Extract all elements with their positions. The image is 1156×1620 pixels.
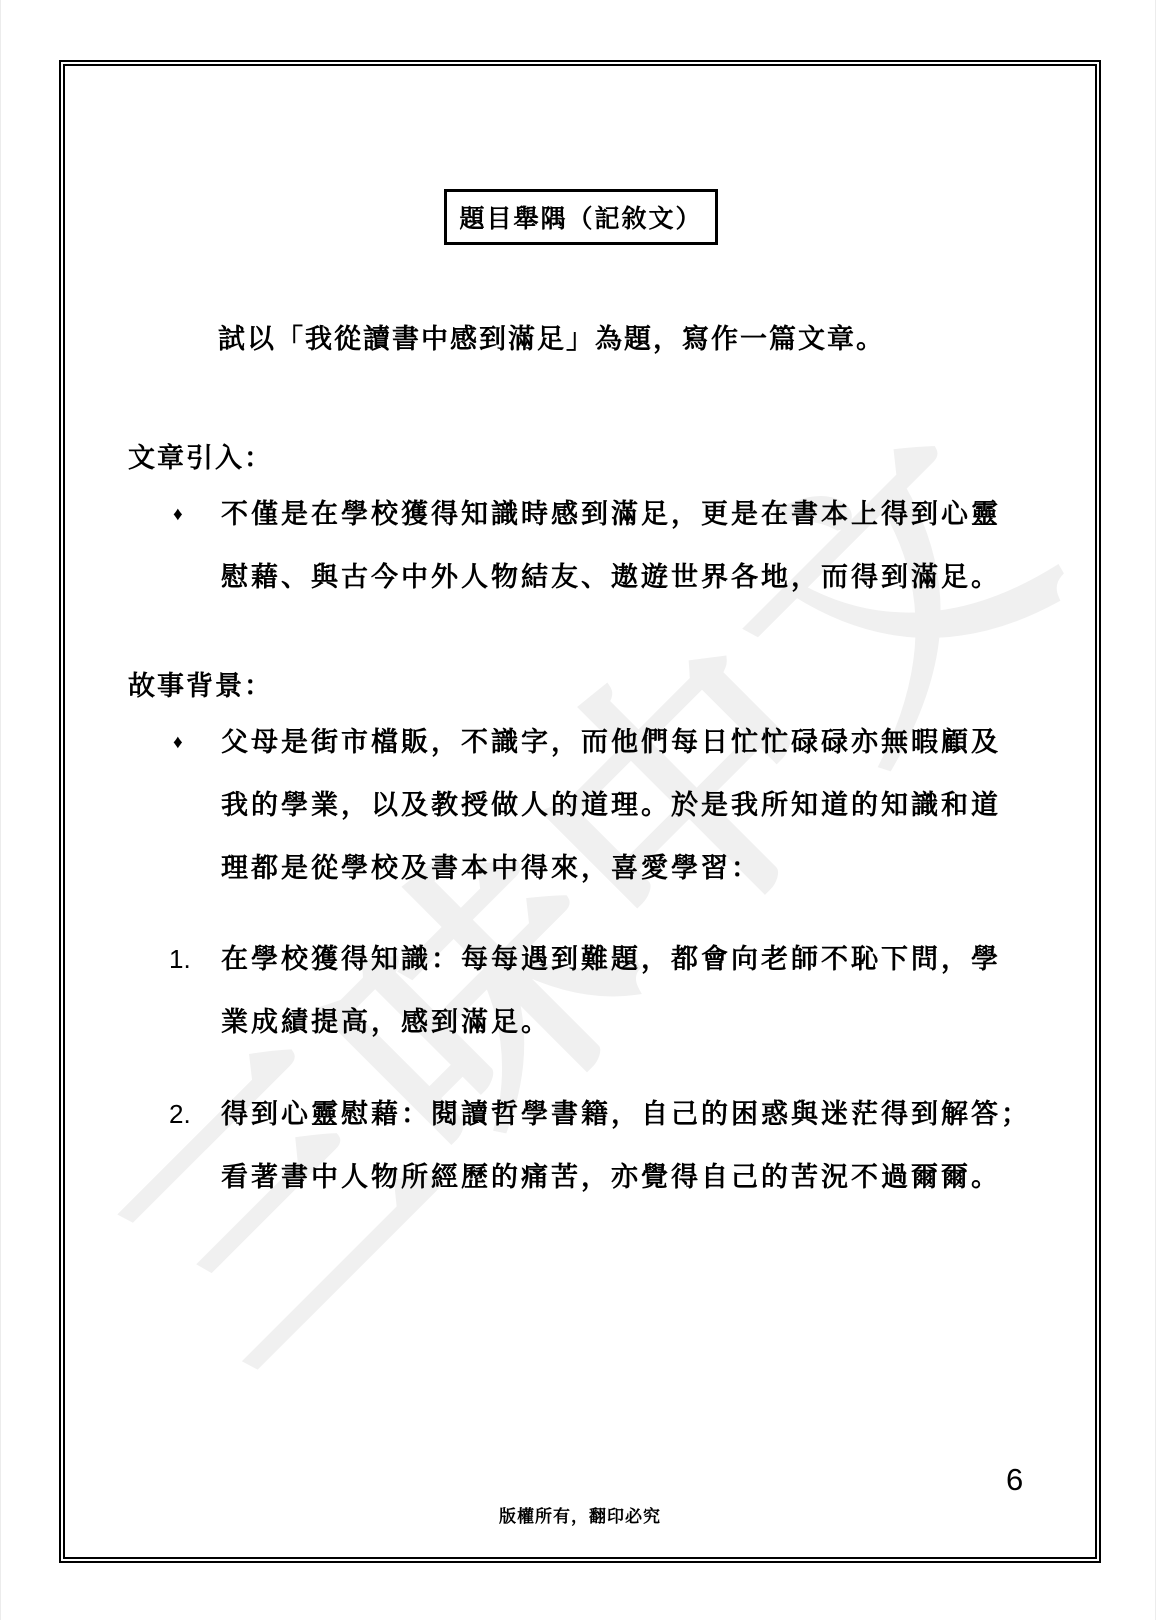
essay-prompt: 試以「我從讀書中感到滿足」為題，寫作一篇文章。 xyxy=(218,317,885,356)
text-line: 我的學業，以及教授做人的道理。於是我所知道的知識和道 xyxy=(221,774,1001,837)
item-number: 1. xyxy=(169,928,221,991)
bullet-item: ♦ 父母是街市檔販，不識字，而他們每日忙忙碌碌亦無暇顧及 我的學業，以及教授做人… xyxy=(173,711,1001,900)
page-number: 6 xyxy=(1006,1462,1023,1498)
bullet-text: 父母是街市檔販，不識字，而他們每日忙忙碌碌亦無暇顧及 我的學業，以及教授做人的道… xyxy=(221,711,1001,900)
diamond-bullet-icon: ♦ xyxy=(173,483,221,546)
text-line: 理都是從學校及書本中得來，喜愛學習： xyxy=(221,837,1001,900)
item-text: 在學校獲得知識：每每遇到難題，都會向老師不恥下問，學 業成績提高，感到滿足。 xyxy=(221,928,1001,1054)
numbered-item: 1. 在學校獲得知識：每每遇到難題，都會向老師不恥下問，學 業成績提高，感到滿足… xyxy=(169,928,1001,1054)
text-line: 看著書中人物所經歷的痛苦，亦覺得自己的苦況不過爾爾。 xyxy=(221,1146,1031,1209)
text-line: 在學校獲得知識：每每遇到難題，都會向老師不恥下問，學 xyxy=(221,928,1001,991)
numbered-item: 2. 得到心靈慰藉：閱讀哲學書籍，自己的困惑與迷茫得到解答； 看著書中人物所經歷… xyxy=(169,1083,1031,1209)
document-page: 三味中文 題目舉隅（記敘文） 試以「我從讀書中感到滿足」為題，寫作一篇文章。 文… xyxy=(0,0,1156,1620)
text-line: 慰藉、與古今中外人物結友、遨遊世界各地，而得到滿足。 xyxy=(221,546,1001,609)
section-label-intro: 文章引入： xyxy=(128,436,273,475)
bullet-item: ♦ 不僅是在學校獲得知識時感到滿足，更是在書本上得到心靈 慰藉、與古今中外人物結… xyxy=(173,483,1001,609)
text-line: 得到心靈慰藉：閱讀哲學書籍，自己的困惑與迷茫得到解答； xyxy=(221,1083,1031,1146)
text-line: 父母是街市檔販，不識字，而他們每日忙忙碌碌亦無暇顧及 xyxy=(221,711,1001,774)
text-line: 業成績提高，感到滿足。 xyxy=(221,991,1001,1054)
copyright-footer: 版權所有，翻印必究 xyxy=(59,1502,1101,1527)
section-label-background: 故事背景： xyxy=(128,664,273,703)
diamond-bullet-icon: ♦ xyxy=(173,711,221,774)
text-line: 不僅是在學校獲得知識時感到滿足，更是在書本上得到心靈 xyxy=(221,483,1001,546)
item-text: 得到心靈慰藉：閱讀哲學書籍，自己的困惑與迷茫得到解答； 看著書中人物所經歷的痛苦… xyxy=(221,1083,1031,1209)
title-box: 題目舉隅（記敘文） xyxy=(444,189,718,245)
title-text: 題目舉隅（記敘文） xyxy=(459,199,702,235)
item-number: 2. xyxy=(169,1083,221,1146)
page-content: 題目舉隅（記敘文） 試以「我從讀書中感到滿足」為題，寫作一篇文章。 文章引入： … xyxy=(1,0,1156,1620)
bullet-text: 不僅是在學校獲得知識時感到滿足，更是在書本上得到心靈 慰藉、與古今中外人物結友、… xyxy=(221,483,1001,609)
